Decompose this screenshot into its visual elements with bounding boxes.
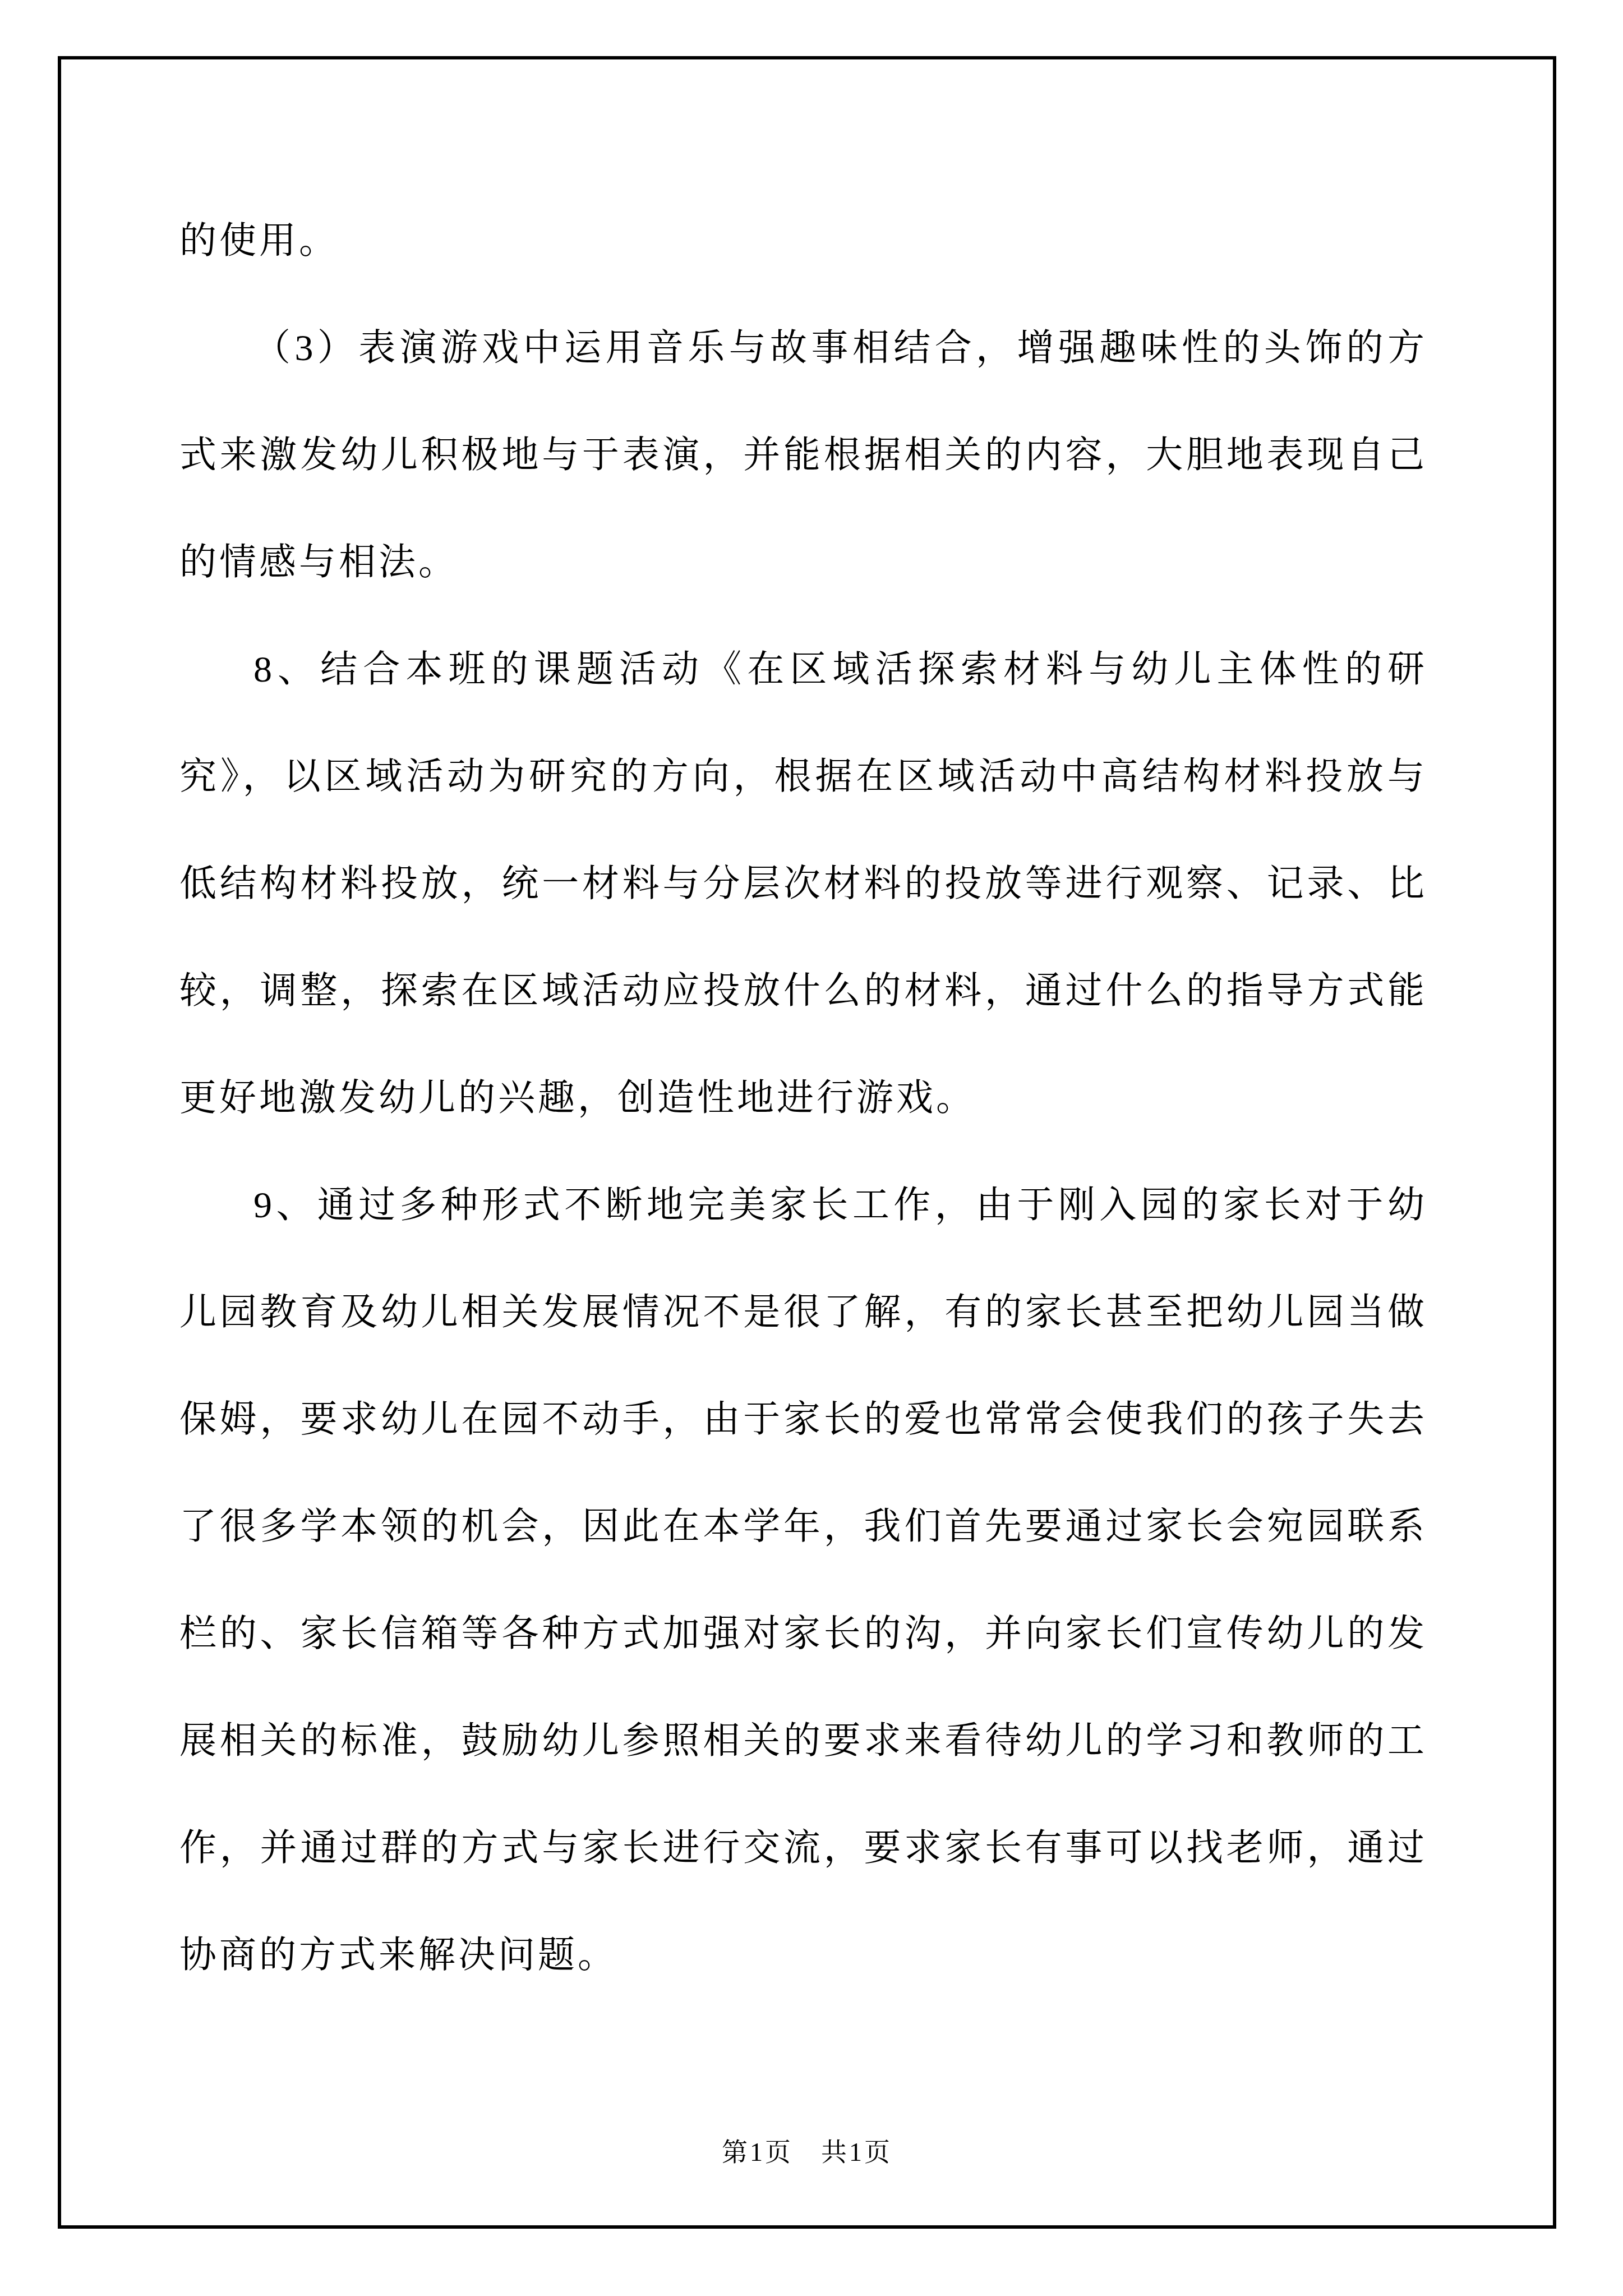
document-body-text: 的使用。 （3）表演游戏中运用音乐与故事相结合，增强趣味性的头饰的方式来激发幼儿…: [179, 187, 1427, 2009]
document-page: 的使用。 （3）表演游戏中运用音乐与故事相结合，增强趣味性的头饰的方式来激发幼儿…: [0, 0, 1623, 2296]
page-footer: 第1页 共1页: [58, 2132, 1556, 2169]
paragraph: （3）表演游戏中运用音乐与故事相结合，增强趣味性的头饰的方式来激发幼儿积极地与于…: [179, 295, 1427, 616]
paragraph: 的使用。: [179, 187, 1427, 295]
paragraph: 9、通过多种形式不断地完美家长工作，由于刚入园的家长对于幼儿园教育及幼儿相关发展…: [179, 1152, 1427, 2009]
paragraph: 8、结合本班的课题活动《在区域活探索材料与幼儿主体性的研究》，以区域活动为研究的…: [179, 616, 1427, 1152]
